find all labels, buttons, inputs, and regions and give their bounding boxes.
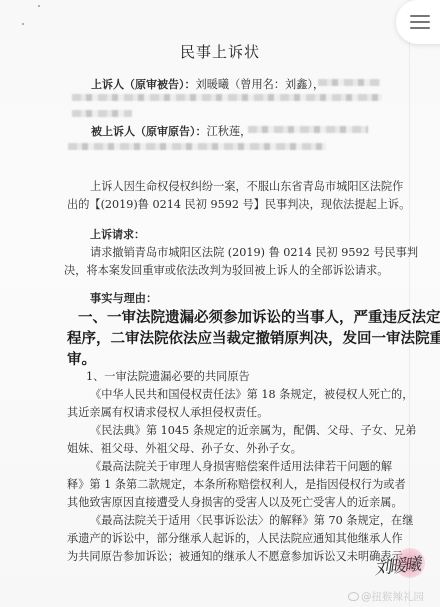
claims-line-1: 请求撤销青岛市城阳区法院 (2019) 鲁 0214 民初 9592 号民事判	[90, 244, 418, 260]
para4-line-3: 为共同原告参加诉讼；被通知的继承人不愿意参加诉讼又未明确表示	[67, 548, 403, 564]
intro-line-1: 上诉人因生命权侵权纠纷一案，不服山东省青岛市城阳区法院作	[90, 178, 403, 194]
para4-line-1: 《最高法院关于适用〈民事诉讼法〉的解释》第 70 条规定，在继	[90, 512, 413, 528]
point1-line-2: 程序，二审法院依法应当裁定撤销原判决，发回一审法院重	[67, 327, 440, 348]
weibo-icon	[348, 592, 359, 601]
scan-speck	[22, 23, 24, 25]
claims-line-2: 决，将本案发回重审或依法改判为驳回被上诉人的全部诉讼请求。	[64, 262, 388, 278]
appellant-line: 上诉人（原审被告）：刘暖曦（曾用名：刘鑫），	[91, 76, 324, 92]
appellee-value: 江秋莲，	[207, 125, 252, 138]
para3-line-1: 《最高法院关于审理人身损害赔偿案件适用法律若干问题的解	[90, 458, 392, 474]
para1-line-2: 其近亲属有权请求侵权人承担侵权责任。	[67, 404, 268, 420]
handwritten-signature: 刘暖曦	[373, 550, 420, 580]
redacted-text	[318, 79, 380, 86]
para3-line-3: 其他致害原因直接遭受人身损害的受害人以及死亡受害人的近亲属。	[67, 494, 403, 510]
facts-heading: 事实与理由：	[90, 290, 157, 306]
point1-line-3: 审。	[67, 348, 96, 369]
appellant-label: 上诉人（原审被告）：	[91, 78, 196, 91]
redacted-text	[72, 94, 382, 101]
scan-speck	[38, 5, 40, 7]
document-page: 民事上诉状 上诉人（原审被告）：刘暖曦（曾用名：刘鑫）， 被上诉人（原审原告）：…	[0, 0, 440, 607]
hamburger-menu-icon	[410, 11, 430, 33]
para2-line-2: 姐妹、祖父母、外祖父母、孙子女、外孙子女。	[67, 440, 302, 456]
weibo-watermark: @扭猴辣礼园	[348, 589, 424, 604]
appellee-label: 被上诉人（原审原告）：	[91, 125, 207, 138]
para1-line-1: 《中华人民共和国侵权责任法》第 18 条规定，被侵权人死亡的，	[90, 386, 413, 402]
sub1-heading: 1、一审法院遗漏必要的共同原告	[86, 368, 250, 384]
para2-line-1: 《民法典》第 1045 条规定的近亲属为，配偶、父母、子女、兄弟	[90, 422, 416, 438]
para4-line-2: 承遗产的诉讼中，部分继承人起诉的，人民法院应通知其他继承人作	[67, 530, 403, 546]
watermark-text: @扭猴辣礼园	[361, 589, 424, 604]
intro-line-2: 出的【(2019)鲁 0214 民初 9592 号】民事判决，现依法提起上诉。	[67, 196, 410, 212]
point1-line-1: 一、一审法院遗漏必须参加诉讼的当事人，严重违反法定	[78, 306, 440, 327]
claims-heading: 上诉请求：	[90, 226, 145, 242]
para3-line-2: 释》第 1 条第二款规定，本条所称赔偿权利人，是指因侵权行为或者	[67, 476, 406, 492]
redacted-text	[248, 126, 368, 133]
appellant-value: 刘暖曦（曾用名：刘鑫），	[196, 78, 325, 91]
redacted-text	[72, 110, 132, 117]
document-title: 民事上诉状	[0, 41, 440, 62]
redacted-text	[68, 143, 326, 150]
menu-button[interactable]	[396, 0, 440, 44]
appellee-line: 被上诉人（原审原告）：江秋莲，	[91, 123, 251, 139]
